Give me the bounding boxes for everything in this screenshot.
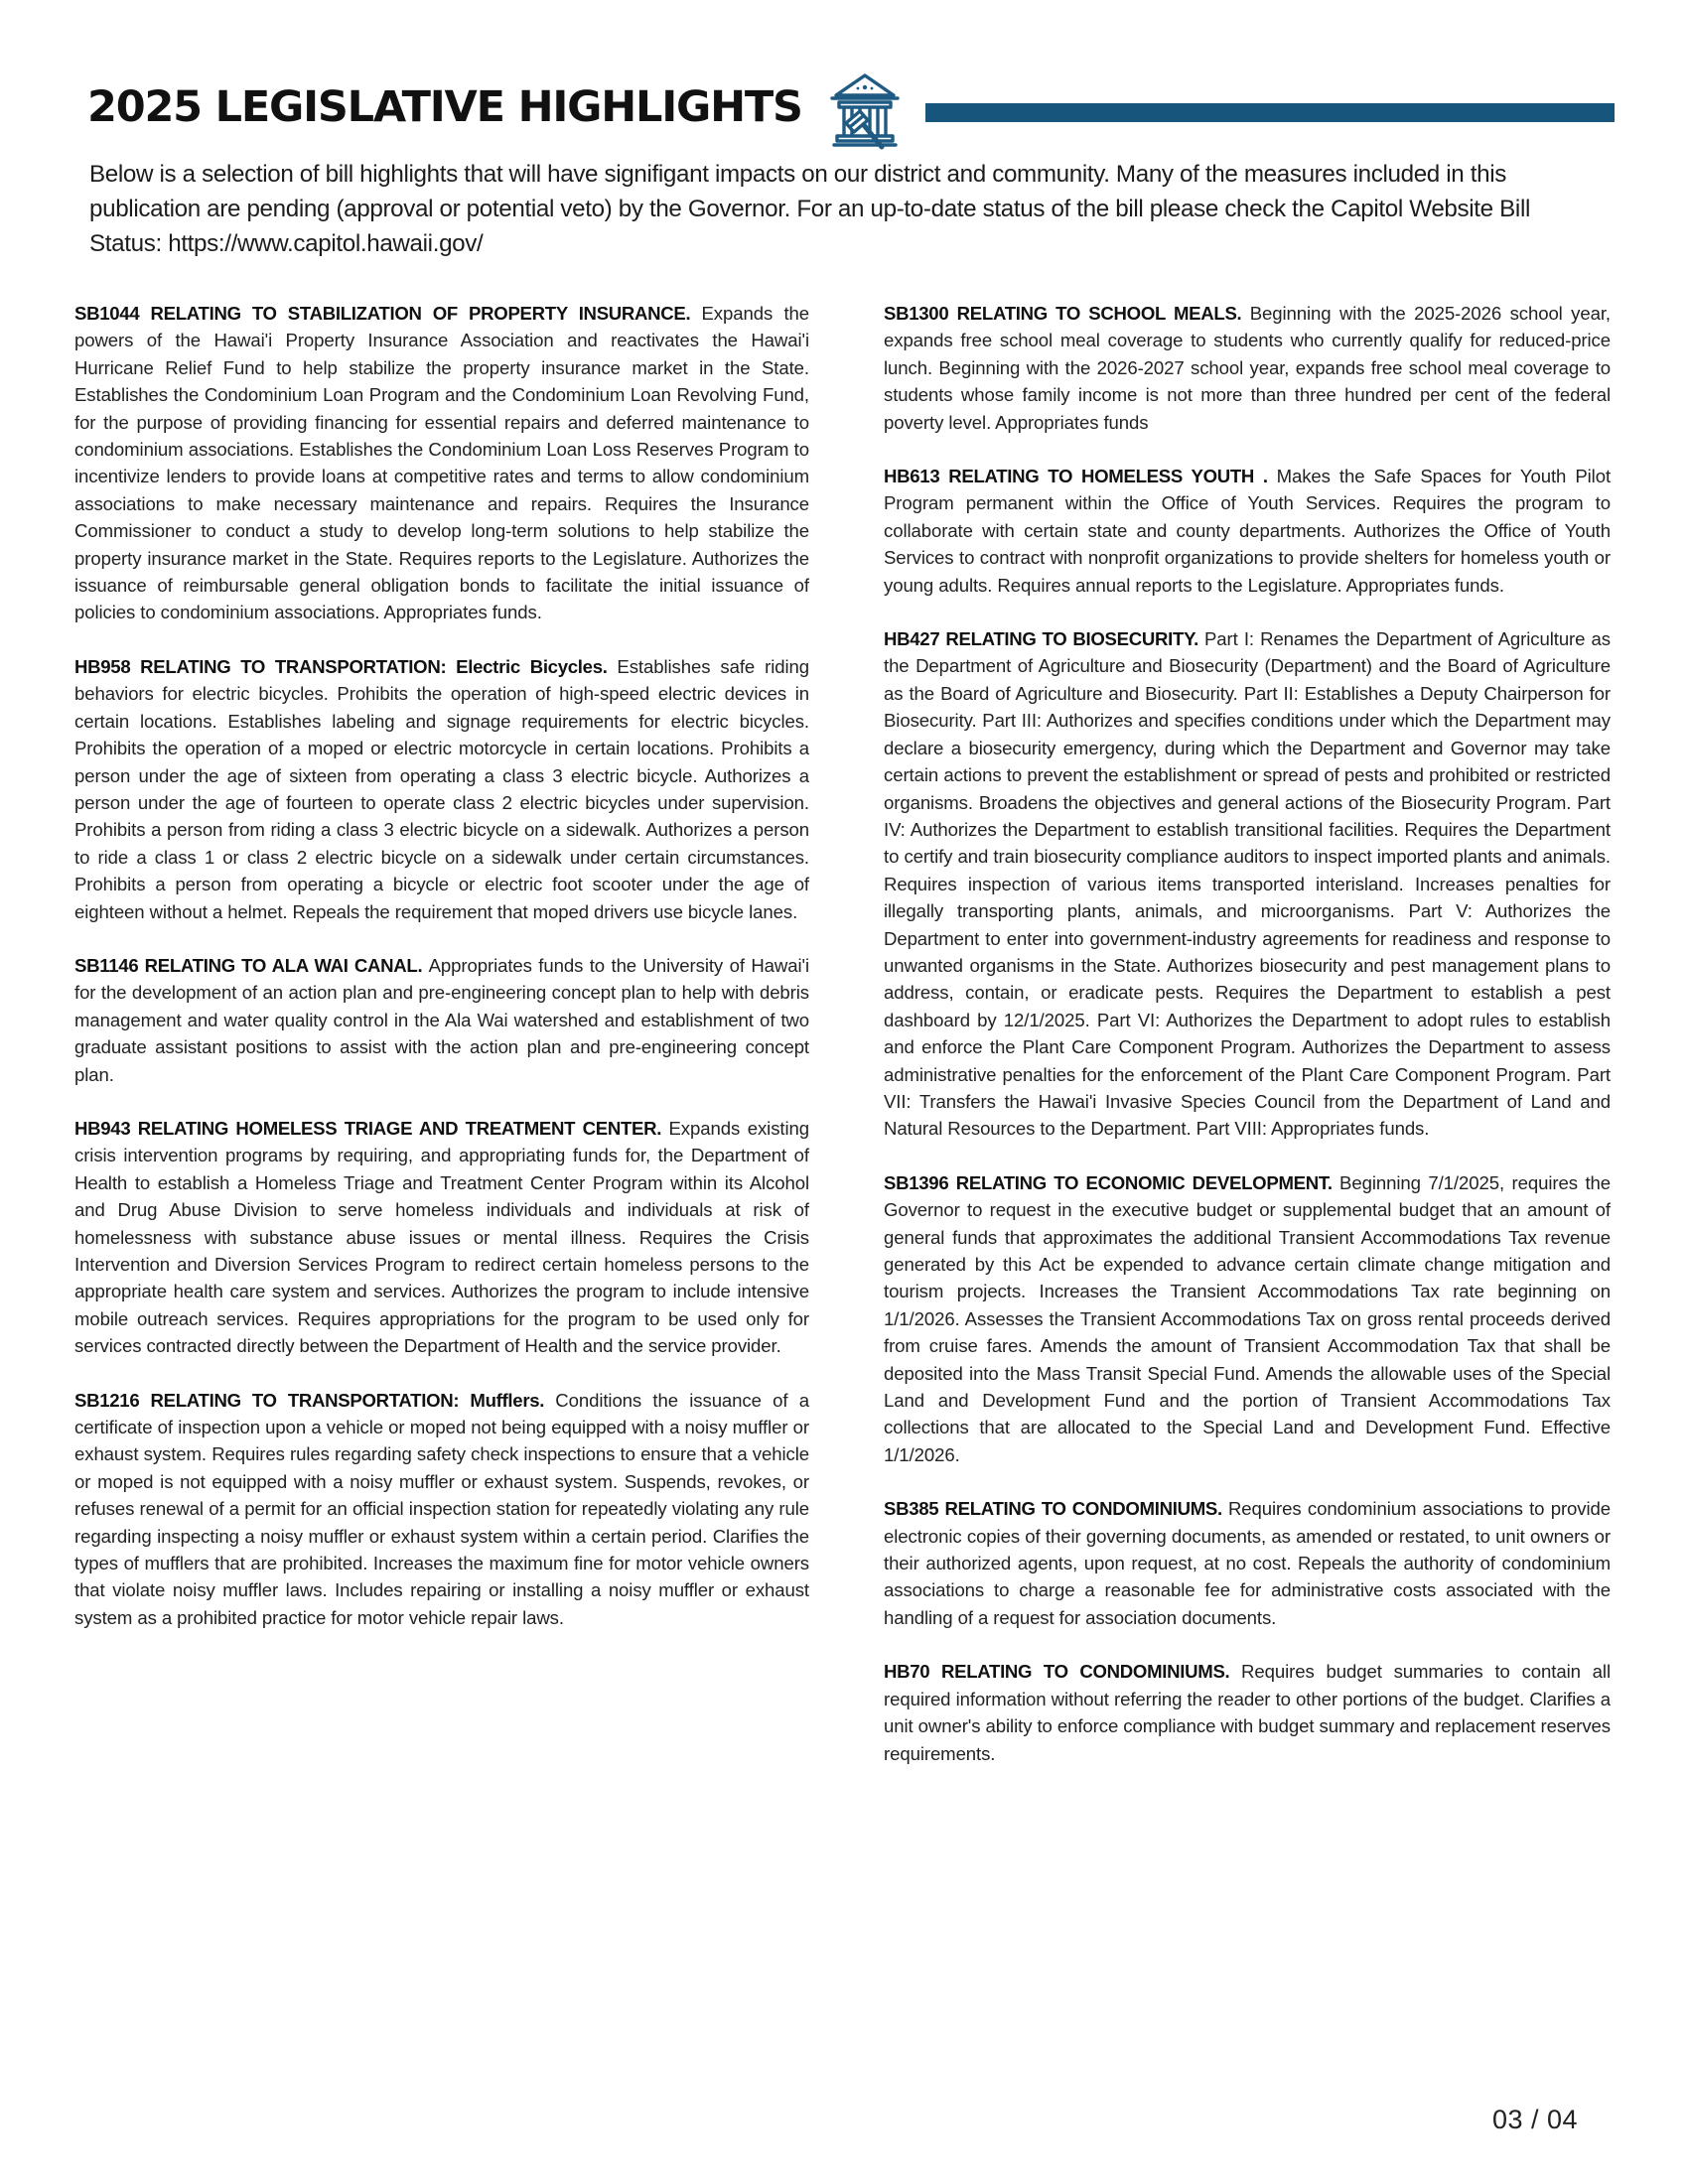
bill-sb1216: SB1216 RELATING TO TRANSPORTATION: Muffl… — [74, 1387, 809, 1632]
bill-title: SB1396 RELATING TO ECONOMIC DEVELOPMENT. — [884, 1172, 1339, 1193]
bill-title: SB1044 RELATING TO STABILIZATION OF PROP… — [74, 303, 702, 324]
bill-body: Part I: Renames the Department of Agricu… — [884, 628, 1611, 1139]
bill-hb427: HB427 RELATING TO BIOSECURITY. Part I: R… — [884, 625, 1611, 1143]
courthouse-gavel-icon — [824, 71, 906, 151]
bill-title: SB385 RELATING TO CONDOMINIUMS. — [884, 1498, 1228, 1519]
bill-body: Beginning 7/1/2025, requires the Governo… — [884, 1172, 1611, 1465]
right-column: SB1300 RELATING TO SCHOOL MEALS. Beginni… — [884, 300, 1611, 1794]
bill-body: Establishes safe riding behaviors for el… — [74, 656, 809, 922]
bill-sb1300: SB1300 RELATING TO SCHOOL MEALS. Beginni… — [884, 300, 1611, 436]
page-number: 03 / 04 — [1492, 2105, 1578, 2135]
left-column: SB1044 RELATING TO STABILIZATION OF PROP… — [74, 300, 809, 1658]
bill-title: HB943 RELATING HOMELESS TRIAGE AND TREAT… — [74, 1118, 669, 1139]
bill-body: Conditions the issuance of a certificate… — [74, 1390, 809, 1628]
bill-title: SB1216 RELATING TO TRANSPORTATION: Muffl… — [74, 1390, 555, 1411]
bill-title: HB70 RELATING TO CONDOMINIUMS. — [884, 1661, 1241, 1682]
page-header: 2025 LEGISLATIVE HIGHLIGHTS — [87, 71, 1617, 151]
bill-body: Expands the powers of the Hawai'i Proper… — [74, 303, 809, 622]
bill-hb70: HB70 RELATING TO CONDOMINIUMS. Requires … — [884, 1658, 1611, 1767]
bill-hb943: HB943 RELATING HOMELESS TRIAGE AND TREAT… — [74, 1115, 809, 1360]
bill-hb958: HB958 RELATING TO TRANSPORTATION: Electr… — [74, 653, 809, 925]
bill-body: Expands existing crisis intervention pro… — [74, 1118, 809, 1356]
bill-hb613: HB613 RELATING TO HOMELESS YOUTH . Makes… — [884, 463, 1611, 599]
bill-title: HB613 RELATING TO HOMELESS YOUTH . — [884, 466, 1277, 486]
page-title: 2025 LEGISLATIVE HIGHLIGHTS — [87, 77, 802, 137]
header-accent-bar — [925, 103, 1615, 122]
bill-title: SB1146 RELATING TO ALA WAI CANAL. — [74, 955, 429, 976]
bill-title: HB958 RELATING TO TRANSPORTATION: Electr… — [74, 656, 617, 677]
bill-title: SB1300 RELATING TO SCHOOL MEALS. — [884, 303, 1250, 324]
bill-sb385: SB385 RELATING TO CONDOMINIUMS. Requires… — [884, 1495, 1611, 1631]
intro-paragraph: Below is a selection of bill highlights … — [89, 157, 1609, 261]
bill-title: HB427 RELATING TO BIOSECURITY. — [884, 628, 1204, 649]
bill-sb1146: SB1146 RELATING TO ALA WAI CANAL. Approp… — [74, 952, 809, 1088]
bill-sb1396: SB1396 RELATING TO ECONOMIC DEVELOPMENT.… — [884, 1169, 1611, 1468]
bill-sb1044: SB1044 RELATING TO STABILIZATION OF PROP… — [74, 300, 809, 626]
